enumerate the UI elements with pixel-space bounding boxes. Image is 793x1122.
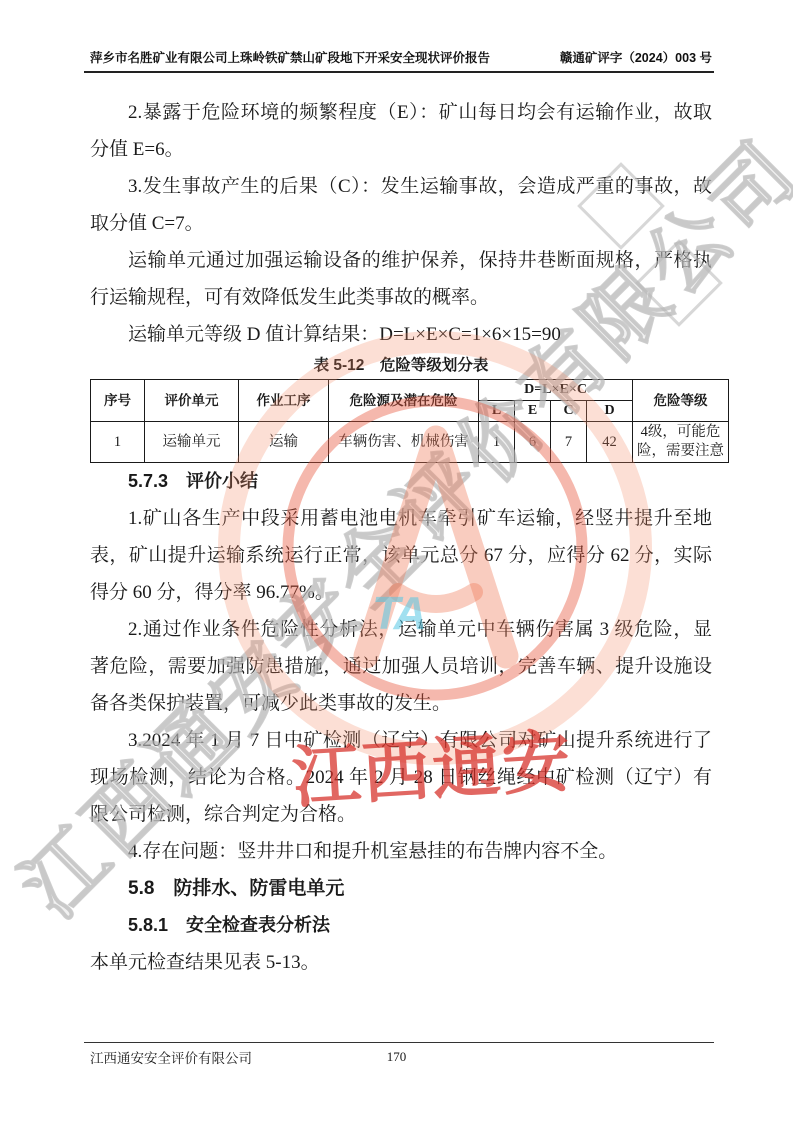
subcol-c: C	[551, 401, 587, 422]
paragraph-see-table: 本单元检查结果见表 5-13。	[90, 944, 712, 981]
cell-d: 42	[587, 422, 633, 463]
subcol-d: D	[587, 401, 633, 422]
section-heading-5-8-1: 5.8.1 安全检查表分析法	[90, 907, 712, 944]
cell-c: 7	[551, 422, 587, 463]
header-doc-number: 赣通矿评字（2024）003 号	[560, 48, 712, 66]
paragraph-summary-2: 2.通过作业条件危险性分析法，运输单元中车辆伤害属 3 级危险，显著危险，需要加…	[90, 611, 712, 722]
col-process: 作业工序	[239, 380, 329, 422]
footer-rule	[84, 1042, 714, 1043]
document-page: 萍乡市名胜矿业有限公司上珠岭铁矿禁山矿段地下开采安全现状评价报告 赣通矿评字（2…	[0, 0, 793, 1122]
cell-e: 6	[515, 422, 551, 463]
cell-serial: 1	[91, 422, 145, 463]
page-number: 170	[0, 1049, 793, 1065]
paragraph-summary-3: 3.2024 年 1 月 7 日中矿检测（辽宁）有限公司对矿山提升系统进行了现场…	[90, 722, 712, 833]
section-heading-5-8: 5.8 防排水、防雷电单元	[90, 870, 712, 907]
col-unit: 评价单元	[145, 380, 239, 422]
paragraph-d-value-result: 运输单元等级 D 值计算结果：D=L×E×C=1×6×15=90	[90, 316, 712, 353]
cell-l: 1	[479, 422, 515, 463]
header-rule	[84, 71, 714, 73]
paragraph-consequence-c: 3.发生事故产生的后果（C）：发生运输事故，会造成严重的事故，故取分值 C=7。	[90, 168, 712, 242]
cell-hazard: 车辆伤害、机械伤害	[329, 422, 479, 463]
cell-risk-level: 4级，可能危险，需要注意	[633, 422, 729, 463]
col-formula: D=L×E×C	[479, 380, 633, 401]
col-hazard: 危险源及潜在危险	[329, 380, 479, 422]
cell-unit: 运输单元	[145, 422, 239, 463]
document-body: 2.暴露于危险环境的频繁程度（E）：矿山每日均会有运输作业，故取分值 E=6。 …	[90, 94, 712, 981]
table-row: 1 运输单元 运输 车辆伤害、机械伤害 1 6 7 42 4级，可能危险，需要注…	[91, 422, 729, 463]
col-risk-level: 危险等级	[633, 380, 729, 422]
risk-grade-table: 序号 评价单元 作业工序 危险源及潜在危险 D=L×E×C 危险等级 L E C…	[90, 379, 729, 463]
subcol-l: L	[479, 401, 515, 422]
header-report-title: 萍乡市名胜矿业有限公司上珠岭铁矿禁山矿段地下开采安全现状评价报告	[90, 48, 490, 66]
subcol-e: E	[515, 401, 551, 422]
cell-process: 运输	[239, 422, 329, 463]
paragraph-exposure-e: 2.暴露于危险环境的频繁程度（E）：矿山每日均会有运输作业，故取分值 E=6。	[90, 94, 712, 168]
table-header-row-1: 序号 评价单元 作业工序 危险源及潜在危险 D=L×E×C 危险等级	[91, 380, 729, 401]
paragraph-transport-measures: 运输单元通过加强运输设备的维护保养，保持井巷断面规格，严格执行运输规程，可有效降…	[90, 242, 712, 316]
col-serial: 序号	[91, 380, 145, 422]
section-heading-5-7-3: 5.7.3 评价小结	[90, 463, 712, 500]
paragraph-summary-1: 1.矿山各生产中段采用蓄电池电机车牵引矿车运输，经竖井提升至地表，矿山提升运输系…	[90, 500, 712, 611]
paragraph-summary-4: 4.存在问题：竖井井口和提升机室悬挂的布告牌内容不全。	[90, 833, 712, 870]
table-caption: 表 5-12 危险等级划分表	[90, 355, 712, 377]
page-header: 萍乡市名胜矿业有限公司上珠岭铁矿禁山矿段地下开采安全现状评价报告 赣通矿评字（2…	[90, 48, 712, 66]
